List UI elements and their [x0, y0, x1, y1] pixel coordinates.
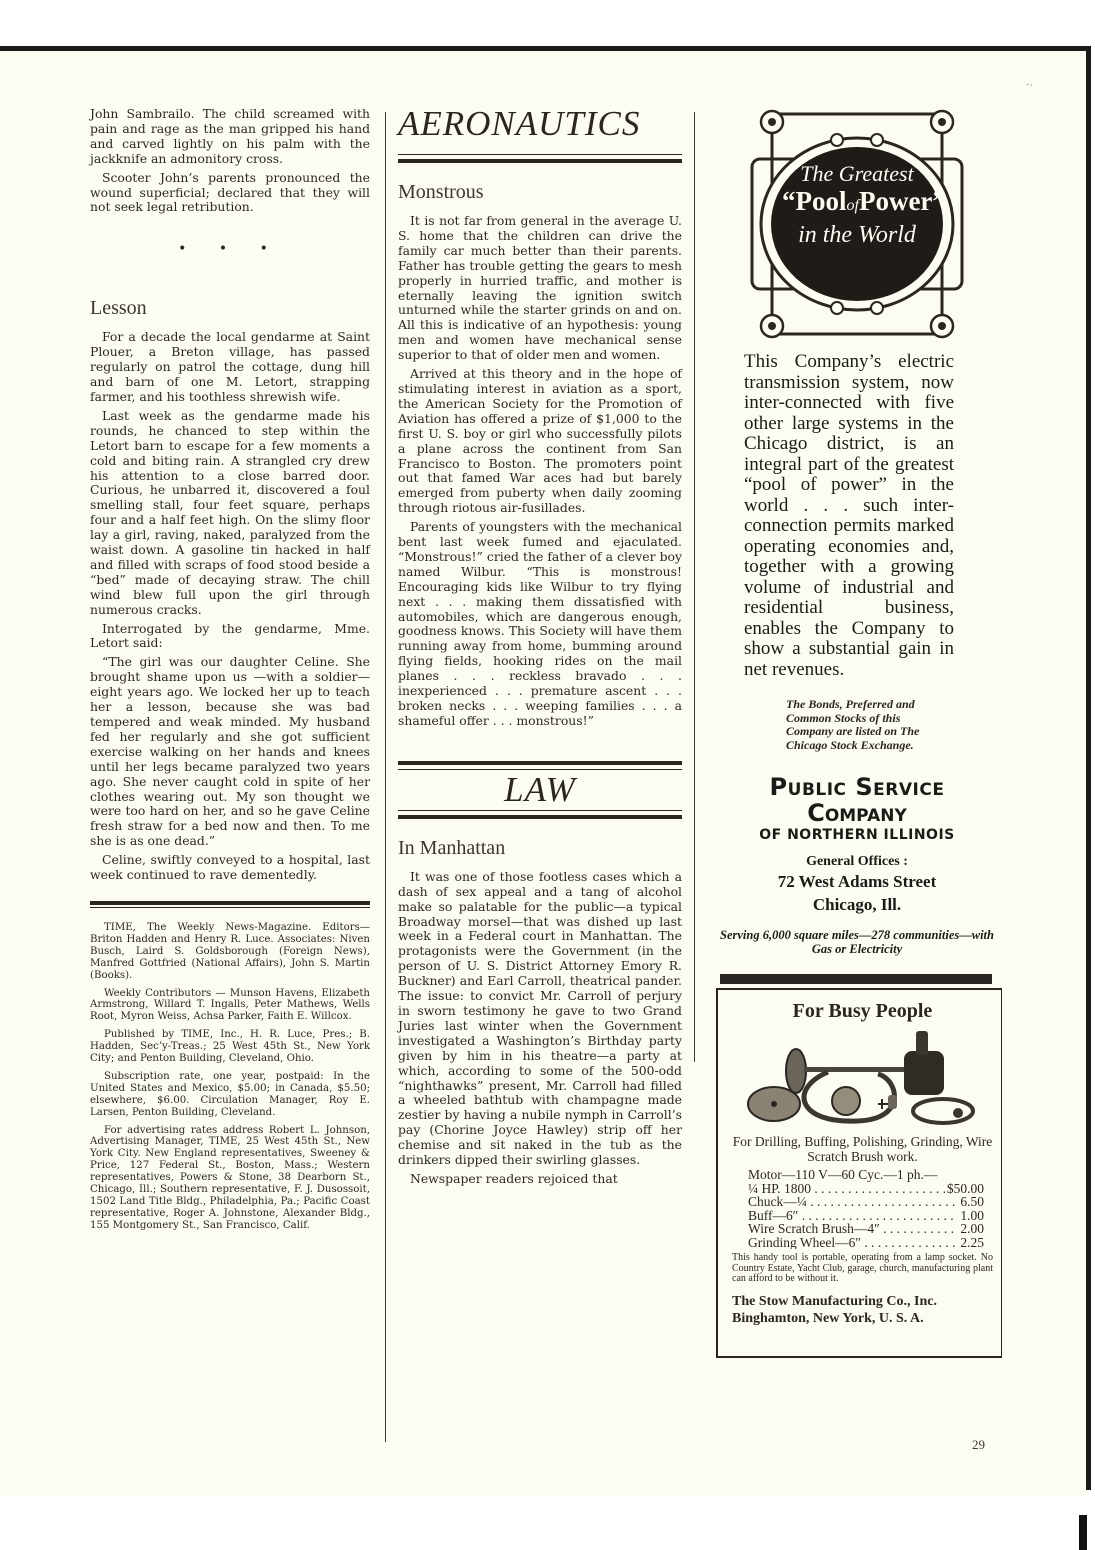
- price-amount: 2.25: [958, 1236, 984, 1250]
- article-lesson: Lesson For a decade the local gendarme a…: [90, 297, 370, 883]
- company-name-line: OF NORTHERN ILLINOIS: [712, 826, 1002, 844]
- article-paragraph: Newspaper readers rejoiced that: [398, 1172, 682, 1187]
- company-address: General Offices : 72 West Adams Street C…: [712, 854, 1002, 916]
- price-item: Grinding Wheel—6″: [748, 1236, 958, 1250]
- page-right-edge: [1086, 46, 1091, 1490]
- pool-of-power-emblem: The Greatest “PoolofPower” in the World: [742, 104, 972, 344]
- department-law: LAW In Manhattan It was one of those foo…: [398, 761, 682, 1187]
- price-row: Wire Scratch Brush—4″2.00: [748, 1222, 984, 1236]
- article-paragraph: For a decade the local gendarme at Saint…: [90, 330, 370, 405]
- manufacturer-name: The Stow Manufacturing Co., Inc.: [732, 1293, 993, 1310]
- price-item: Wire Scratch Brush—4″: [748, 1222, 958, 1236]
- ad-title: For Busy People: [732, 1000, 993, 1023]
- price-item: Buff—6″: [748, 1209, 958, 1223]
- company-name-line: Company: [712, 800, 1002, 826]
- power-tool-illustration-icon: [738, 1029, 988, 1129]
- price-amount: $50.00: [945, 1182, 984, 1196]
- price-item: Motor—110 V—60 Cyc.—1 ph.—: [748, 1168, 984, 1182]
- price-row: Buff—6″1.00: [748, 1209, 984, 1223]
- article-paragraph: Interrogated by the gendarme, Mme. Letor…: [90, 622, 370, 652]
- column-ads: The Greatest “PoolofPower” in the World …: [712, 104, 1002, 1358]
- article-paragraph: Last week as the gendarme made his round…: [90, 409, 370, 618]
- masthead-publisher: Published by TIME, Inc., H. R. Luce, Pre…: [90, 1029, 370, 1065]
- article-heading: Monstrous: [398, 181, 682, 204]
- price-amount: 1.00: [958, 1209, 984, 1223]
- corner-mark: ˜’: [1026, 84, 1033, 94]
- department-rule: [398, 810, 682, 811]
- binding-mark: [1079, 1515, 1087, 1550]
- column-middle: AERONAUTICS Monstrous It is not far from…: [398, 104, 682, 1187]
- price-amount: 2.00: [958, 1222, 984, 1236]
- masthead-rule: [90, 907, 370, 908]
- department-aeronautics: AERONAUTICS Monstrous It is not far from…: [398, 104, 682, 729]
- offices-label: General Offices :: [712, 854, 1002, 870]
- emblem-line: The Greatest: [782, 162, 932, 186]
- ad-description: For Drilling, Buffing, Polishing, Grindi…: [732, 1135, 993, 1164]
- price-item: Chuck—¼: [748, 1195, 958, 1209]
- company-name-line: Public Service: [712, 774, 1002, 800]
- ad-note: This handy tool is portable, operating f…: [732, 1253, 993, 1285]
- masthead-editors: TIME, The Weekly News-Magazine. Editors—…: [90, 922, 370, 982]
- price-row: Chuck—¼6.50: [748, 1195, 984, 1209]
- section-separator: • • •: [90, 241, 370, 257]
- advertisement-public-service: The Greatest “PoolofPower” in the World …: [712, 104, 1002, 956]
- ad-divider-bar: [720, 974, 992, 984]
- manufacturer: The Stow Manufacturing Co., Inc. Bingham…: [732, 1293, 993, 1327]
- masthead-advertising: For advertising rates address Robert L. …: [90, 1125, 370, 1232]
- article-paragraph: Parents of youngsters with the mechanica…: [398, 520, 682, 729]
- advertisement-stow: For Busy People For Drilling, Buffing, P…: [716, 988, 1002, 1358]
- article-paragraph: Celine, swiftly conveyed to a hospital, …: [90, 853, 370, 883]
- price-amount: 6.50: [958, 1195, 984, 1209]
- emblem-line: in the World: [782, 221, 932, 249]
- emblem-text: The Greatest “PoolofPower” in the World: [782, 162, 932, 249]
- price-list: Motor—110 V—60 Cyc.—1 ph.— ¼ HP. 1800$50…: [748, 1168, 984, 1249]
- department-rule: [398, 159, 682, 163]
- article-paragraph: John Sambrailo. The child screamed with …: [90, 107, 370, 167]
- department-title: LAW: [398, 770, 682, 810]
- article-paragraph: Arrived at this theory and in the hope o…: [398, 367, 682, 516]
- column-divider: [385, 112, 386, 1442]
- emblem-line: “PoolofPower”: [782, 186, 932, 221]
- article-paragraph: It was one of those footless cases which…: [398, 870, 682, 1168]
- article-heading: Lesson: [90, 297, 370, 320]
- service-area: Serving 6,000 square miles—278 communiti…: [712, 928, 1002, 956]
- column-divider: [694, 112, 695, 1062]
- page-number: 29: [972, 1437, 985, 1453]
- offices-street: 72 West Adams Street: [712, 870, 1002, 894]
- manufacturer-location: Binghamton, New York, U. S. A.: [732, 1310, 993, 1327]
- emblem-word: Power”: [859, 186, 946, 216]
- emblem-word: “Pool: [782, 186, 847, 216]
- masthead-subscription: Subscription rate, one year, postpaid: I…: [90, 1071, 370, 1119]
- ad-fine-print: The Bonds, Preferred and Common Stocks o…: [786, 698, 926, 752]
- column-left: John Sambrailo. The child screamed with …: [90, 107, 370, 1232]
- article-heading: In Manhattan: [398, 837, 682, 860]
- department-rule: [398, 761, 682, 765]
- department-rule: [398, 154, 682, 155]
- price-row: Grinding Wheel—6″2.25: [748, 1236, 984, 1250]
- masthead-contributors: Weekly Contributors — Munson Havens, Eli…: [90, 988, 370, 1024]
- article-paragraph: It is not far from general in the averag…: [398, 214, 682, 363]
- article-paragraph: Scooter John’s parents pronounced the wo…: [90, 171, 370, 216]
- masthead-rule: [90, 901, 370, 905]
- masthead: TIME, The Weekly News-Magazine. Editors—…: [90, 922, 370, 1232]
- price-item: ¼ HP. 1800: [748, 1182, 945, 1196]
- offices-city: Chicago, Ill.: [712, 894, 1002, 916]
- department-rule: [398, 815, 682, 819]
- price-header: Motor—110 V—60 Cyc.—1 ph.—: [748, 1168, 984, 1182]
- department-title: AERONAUTICS: [398, 104, 682, 144]
- article-quote: “The girl was our daughter Celine. She b…: [90, 655, 370, 849]
- company-name: Public Service Company OF NORTHERN ILLIN…: [712, 774, 1002, 844]
- emblem-word: of: [847, 197, 859, 214]
- ad-body-copy: This Company’s electric transmission sys…: [744, 352, 954, 680]
- price-row: ¼ HP. 1800$50.00: [748, 1182, 984, 1196]
